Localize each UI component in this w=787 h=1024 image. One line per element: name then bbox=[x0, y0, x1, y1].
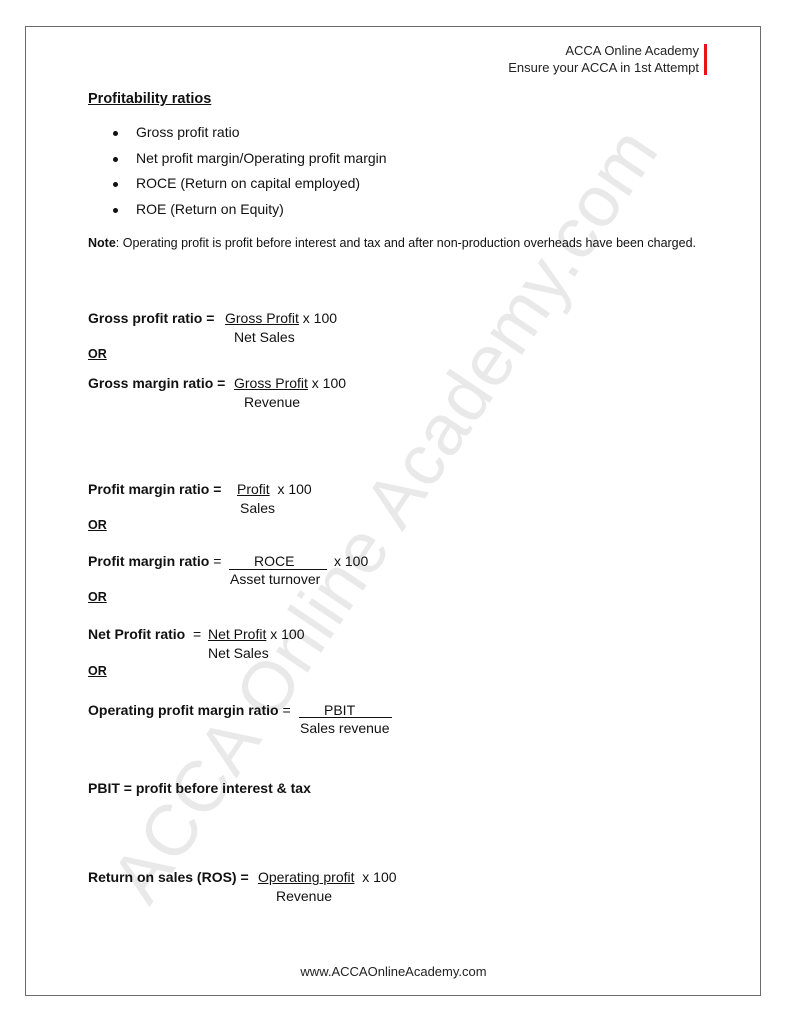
header-academy-name: ACCA Online Academy bbox=[508, 42, 699, 59]
formula-label-net-profit-ratio: Net Profit ratio = bbox=[88, 626, 201, 642]
bullet-icon bbox=[113, 157, 118, 162]
formula-pbit-numerator: PBIT bbox=[324, 702, 355, 718]
list-item: ROE (Return on Equity) bbox=[136, 201, 284, 217]
formula-net-profit-ratio-denominator: Net Sales bbox=[208, 645, 269, 661]
formula-net-profit-ratio-numerator: Net Profit x 100 bbox=[208, 626, 305, 642]
bullet-icon bbox=[113, 182, 118, 187]
formula-label-gross-profit-ratio: Gross profit ratio = bbox=[88, 310, 214, 326]
fraction-bar bbox=[299, 717, 392, 718]
header-accent-bar bbox=[704, 44, 707, 75]
section-title: Profitability ratios bbox=[88, 91, 211, 107]
formula-gross-profit-ratio-denominator: Net Sales bbox=[234, 329, 295, 345]
or-separator: OR bbox=[88, 347, 107, 361]
formula-label-return-on-sales: Return on sales (ROS) = bbox=[88, 869, 249, 885]
list-item: Net profit margin/Operating profit margi… bbox=[136, 150, 387, 166]
formula-label-operating-profit-margin-ratio: Operating profit margin ratio = bbox=[88, 702, 291, 718]
document-page: ACCA Online Academy Ensure your ACCA in … bbox=[0, 0, 787, 1024]
formula-label-gross-margin-ratio: Gross margin ratio = bbox=[88, 375, 225, 391]
note-label: Note bbox=[88, 236, 116, 250]
or-separator: OR bbox=[88, 590, 107, 604]
pbit-definition: PBIT = profit before interest & tax bbox=[88, 780, 311, 796]
formula-gross-margin-ratio-denominator: Revenue bbox=[244, 394, 300, 410]
or-separator: OR bbox=[88, 664, 107, 678]
list-item: Gross profit ratio bbox=[136, 124, 239, 140]
formula-ros-denominator: Revenue bbox=[276, 888, 332, 904]
fraction-bar bbox=[229, 569, 327, 570]
formula-gross-profit-ratio-numerator: Gross Profit x 100 bbox=[225, 310, 337, 326]
formula-profit-margin-ratio-denominator: Sales bbox=[240, 500, 275, 516]
formula-roce-numerator: ROCE bbox=[254, 553, 294, 569]
note-text: : Operating profit is profit before inte… bbox=[116, 236, 696, 250]
note-paragraph: Note: Operating profit is profit before … bbox=[88, 233, 698, 254]
or-separator: OR bbox=[88, 518, 107, 532]
formula-pbit-denominator: Sales revenue bbox=[300, 720, 390, 736]
formula-label-profit-margin-ratio-roce: Profit margin ratio = bbox=[88, 553, 221, 569]
page-header: ACCA Online Academy Ensure your ACCA in … bbox=[508, 42, 699, 76]
formula-roce-multiplier: x 100 bbox=[334, 553, 368, 569]
formula-profit-margin-ratio-numerator: Profit x 100 bbox=[237, 481, 312, 497]
bullet-icon bbox=[113, 208, 118, 213]
formula-roce-denominator: Asset turnover bbox=[230, 571, 320, 587]
formula-gross-margin-ratio-numerator: Gross Profit x 100 bbox=[234, 375, 346, 391]
footer-website-url: www.ACCAOnlineAcademy.com bbox=[0, 964, 787, 979]
bullet-icon bbox=[113, 131, 118, 136]
list-item: ROCE (Return on capital employed) bbox=[136, 175, 360, 191]
header-tagline: Ensure your ACCA in 1st Attempt bbox=[508, 59, 699, 76]
formula-ros-numerator: Operating profit x 100 bbox=[258, 869, 397, 885]
formula-label-profit-margin-ratio: Profit margin ratio = bbox=[88, 481, 221, 497]
